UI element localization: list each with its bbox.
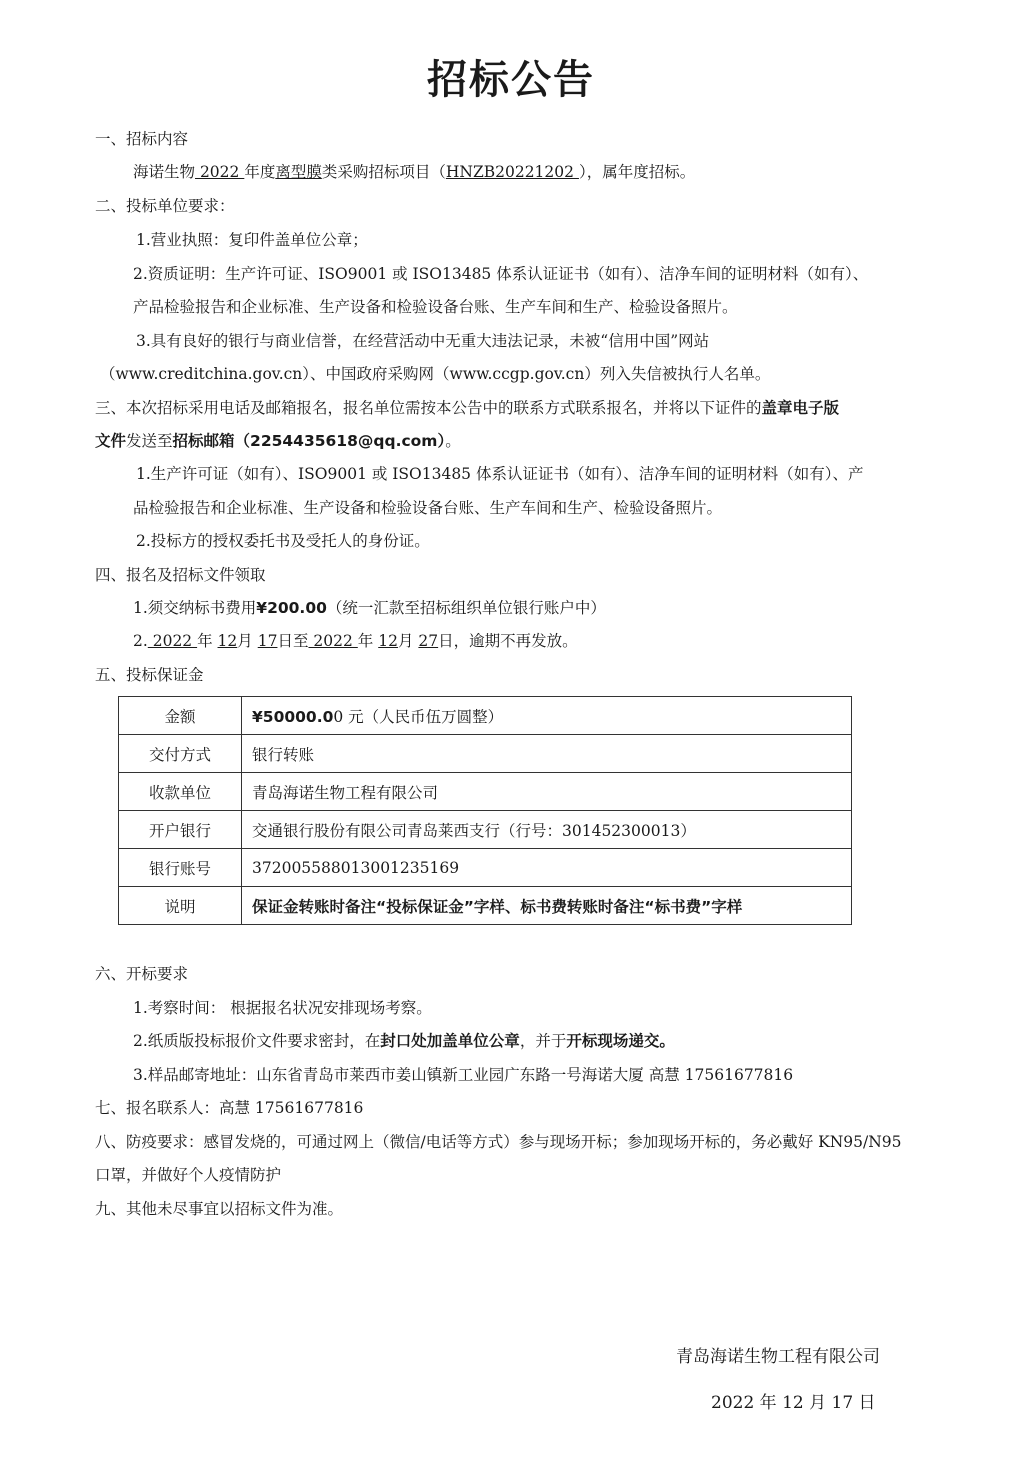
end-year: 2022 bbox=[308, 632, 357, 650]
text: 2. bbox=[133, 632, 148, 650]
text: 类采购招标项目（ bbox=[322, 163, 446, 181]
row-label: 金额 bbox=[119, 697, 242, 735]
section-8-line-1: 八、防疫要求：感冒发烧的，可通过网上（微信/电话等方式）参与现场开标；参加现场开… bbox=[95, 1131, 902, 1153]
section-6-heading: 六、开标要求 bbox=[95, 963, 188, 985]
section-4-heading: 四、报名及招标文件领取 bbox=[95, 564, 266, 586]
row-value: 银行转账 bbox=[242, 735, 852, 773]
section-5-heading: 五、投标保证金 bbox=[95, 664, 204, 686]
text: 年 bbox=[197, 632, 217, 650]
row-value: 保证金转账时备注“投标保证金”字样、标书费转账时备注“标书费”字样 bbox=[242, 887, 852, 925]
section-3-item-1-line-2: 品检验报告和企业标准、生产设备和检验设备台账、生产车间和生产、检验设备照片。 bbox=[133, 497, 722, 519]
section-7: 七、报名联系人：高慧 17561677816 bbox=[95, 1097, 363, 1119]
section-6-item-2: 2.纸质版投标报价文件要求密封，在封口处加盖单位公章，并于开标现场递交。 bbox=[133, 1030, 675, 1052]
text: 0 元（人民币伍万圆整） bbox=[333, 708, 503, 726]
project-code: HNZB20221202 bbox=[446, 163, 579, 181]
table-row: 说明 保证金转账时备注“投标保证金”字样、标书费转账时备注“标书费”字样 bbox=[119, 887, 852, 925]
section-6-item-3: 3.样品邮寄地址：山东省青岛市莱西市姜山镇新工业园广东路一号海诺大厦 高慧 17… bbox=[133, 1064, 793, 1086]
fee-amount: ¥200.00 bbox=[256, 599, 327, 617]
text: 年 bbox=[358, 632, 378, 650]
section-2-item-3-line-2: （www.creditchina.gov.cn）、中国政府采购网（www.ccg… bbox=[100, 363, 770, 385]
section-1-content: 海诺生物 2022 年度离型膜类采购招标项目（HNZB20221202 ），属年… bbox=[133, 161, 695, 183]
section-2-item-3-line-1: 3.具有良好的银行与商业信誉，在经营活动中无重大违法记录，未被“信用中国”网站 bbox=[136, 330, 709, 352]
year-field: 2022 bbox=[195, 163, 244, 181]
section-2-item-2-line-2: 产品检验报告和企业标准、生产设备和检验设备台账、生产车间和生产、检验设备照片。 bbox=[133, 296, 738, 318]
text: （统一汇款至招标组织单位银行账户中） bbox=[327, 599, 606, 617]
item-field: 离型膜 bbox=[275, 163, 322, 181]
section-3-item-2: 2.投标方的授权委托书及受托人的身份证。 bbox=[136, 530, 430, 552]
row-label: 开户银行 bbox=[119, 811, 242, 849]
signature-company: 青岛海诺生物工程有限公司 bbox=[676, 1342, 880, 1367]
row-value: ¥50000.00 元（人民币伍万圆整） bbox=[242, 697, 852, 735]
table-row: 交付方式 银行转账 bbox=[119, 735, 852, 773]
section-8-line-2: 口罩，并做好个人疫情防护 bbox=[95, 1164, 281, 1186]
row-value: 交通银行股份有限公司青岛莱西支行（行号：301452300013） bbox=[242, 811, 852, 849]
text: 年度 bbox=[244, 163, 275, 181]
deposit-amount: ¥50000.0 bbox=[252, 708, 333, 726]
emphasis: 封口处加盖单位公章 bbox=[380, 1032, 520, 1050]
table-row: 收款单位 青岛海诺生物工程有限公司 bbox=[119, 773, 852, 811]
text: 发送至 bbox=[126, 432, 173, 450]
section-2-item-2-line-1: 2.资质证明：生产许可证、ISO9001 或 ISO13485 体系认证证书（如… bbox=[133, 263, 868, 285]
bid-email: 招标邮箱（2254435618@qq.com） bbox=[173, 432, 446, 450]
start-day: 17 bbox=[258, 632, 278, 650]
page-title: 招标公告 bbox=[0, 48, 1022, 105]
row-label: 说明 bbox=[119, 887, 242, 925]
section-1-heading: 一、招标内容 bbox=[95, 128, 188, 150]
text: 日至 bbox=[277, 632, 308, 650]
signature-date: 2022 年 12 月 17 日 bbox=[711, 1388, 876, 1413]
row-label: 交付方式 bbox=[119, 735, 242, 773]
text: 。 bbox=[445, 432, 461, 450]
section-4-item-2: 2. 2022 年 12月 17日至 2022 年 12月 27日，逾期不再发放… bbox=[133, 630, 578, 652]
start-month: 12 bbox=[218, 632, 238, 650]
deposit-table: 金额 ¥50000.00 元（人民币伍万圆整） 交付方式 银行转账 收款单位 青… bbox=[118, 696, 852, 925]
section-9: 九、其他未尽事宜以招标文件为准。 bbox=[95, 1198, 343, 1220]
section-3-line-1: 三、本次招标采用电话及邮箱报名，报名单位需按本公告中的联系方式联系报名，并将以下… bbox=[95, 397, 839, 419]
text: 1.须交纳标书费用 bbox=[133, 599, 256, 617]
row-value: 372005588013001235169 bbox=[242, 849, 852, 887]
emphasis: 盖章电子版 bbox=[762, 399, 840, 417]
end-day: 27 bbox=[418, 632, 438, 650]
text: 海诺生物 bbox=[133, 163, 195, 181]
section-2-heading: 二、投标单位要求： bbox=[95, 195, 235, 217]
text: 2.纸质版投标报价文件要求密封，在 bbox=[133, 1032, 380, 1050]
emphasis: 开标现场递交。 bbox=[566, 1032, 675, 1050]
section-3-line-2: 文件发送至招标邮箱（2254435618@qq.com）。 bbox=[95, 430, 461, 452]
section-2-item-1: 1.营业执照：复印件盖单位公章； bbox=[136, 229, 368, 251]
row-label: 银行账号 bbox=[119, 849, 242, 887]
end-month: 12 bbox=[378, 632, 398, 650]
row-value: 青岛海诺生物工程有限公司 bbox=[242, 773, 852, 811]
text: ，并于 bbox=[520, 1032, 567, 1050]
section-3-item-1-line-1: 1.生产许可证（如有）、ISO9001 或 ISO13485 体系认证证书（如有… bbox=[136, 463, 863, 485]
section-6-item-1: 1.考察时间： 根据报名状况安排现场考察。 bbox=[133, 997, 432, 1019]
start-year: 2022 bbox=[148, 632, 197, 650]
section-4-item-1: 1.须交纳标书费用¥200.00（统一汇款至招标组织单位银行账户中） bbox=[133, 597, 606, 619]
emphasis: 文件 bbox=[95, 432, 126, 450]
text: 月 bbox=[237, 632, 257, 650]
row-label: 收款单位 bbox=[119, 773, 242, 811]
text: 日，逾期不再发放。 bbox=[438, 632, 578, 650]
text: 三、本次招标采用电话及邮箱报名，报名单位需按本公告中的联系方式联系报名，并将以下… bbox=[95, 399, 762, 417]
text: ），属年度招标。 bbox=[579, 163, 695, 181]
table-row: 金额 ¥50000.00 元（人民币伍万圆整） bbox=[119, 697, 852, 735]
table-row: 银行账号 372005588013001235169 bbox=[119, 849, 852, 887]
text: 月 bbox=[398, 632, 418, 650]
table-row: 开户银行 交通银行股份有限公司青岛莱西支行（行号：301452300013） bbox=[119, 811, 852, 849]
